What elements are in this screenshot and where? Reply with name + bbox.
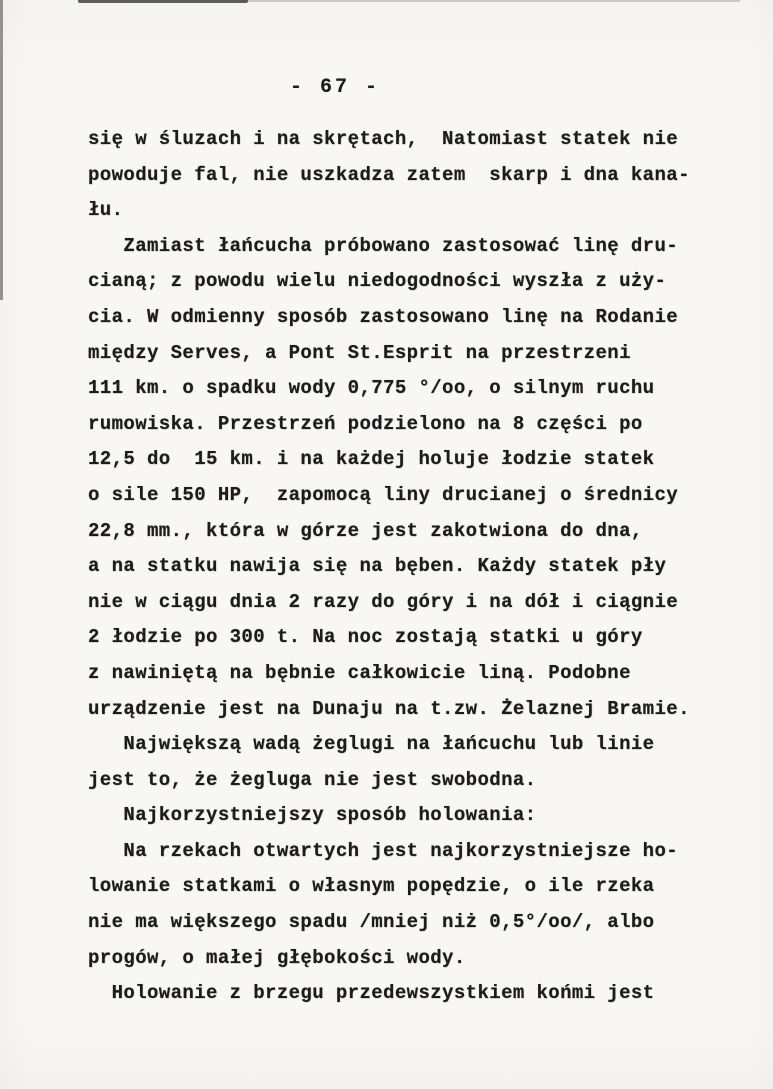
text-line: 22,8 mm., która w górze jest zakotwiona … [88, 514, 708, 550]
text-line: urządzenie jest na Dunaju na t.zw. Żelaz… [88, 692, 708, 728]
text-line: Na rzekach otwartych jest najkorzystniej… [88, 834, 708, 870]
scanned-page: - 67 - się w śluzach i na skrętach, Nato… [0, 0, 773, 1089]
text-line: progów, o małej głębokości wody. [88, 941, 708, 977]
page-text-block: się w śluzach i na skrętach, Natomiast s… [88, 122, 708, 1012]
text-line: cia. W odmienny sposób zastosowano linę … [88, 300, 708, 336]
text-line: lowanie statkami o własnym popędzie, o i… [88, 869, 708, 905]
text-line: 12,5 do 15 km. i na każdej holuje łodzie… [88, 442, 708, 478]
text-line: cianą; z powodu wielu niedogodności wysz… [88, 264, 708, 300]
text-line: powoduje fal, nie uszkadza zatem skarp i… [88, 158, 708, 194]
scan-edge-artifact [78, 0, 248, 3]
text-line: między Serves, a Pont St.Esprit na przes… [88, 336, 708, 372]
text-line: o sile 150 HP, zapomocą liny drucianej o… [88, 478, 708, 514]
text-line: Holowanie z brzegu przedewszystkiem końm… [88, 976, 708, 1012]
text-line: rumowiska. Przestrzeń podzielono na 8 cz… [88, 407, 708, 443]
text-line: jest to, że żegluga nie jest swobodna. [88, 763, 708, 799]
text-line: łu. [88, 193, 708, 229]
page-number: - 67 - [290, 76, 380, 99]
text-line: Najkorzystniejszy sposób holowania: [88, 798, 708, 834]
scan-edge-artifact [0, 0, 3, 300]
text-line: 2 łodzie po 300 t. Na noc zostają statki… [88, 620, 708, 656]
text-line: a na statku nawija się na bęben. Każdy s… [88, 549, 708, 585]
text-line: się w śluzach i na skrętach, Natomiast s… [88, 122, 708, 158]
text-line: z nawiniętą na bębnie całkowicie liną. P… [88, 656, 708, 692]
text-line: Największą wadą żeglugi na łańcuchu lub … [88, 727, 708, 763]
scan-edge-artifact [240, 0, 740, 2]
text-line: 111 km. o spadku wody 0,775 °/oo, o siln… [88, 371, 708, 407]
text-line: Zamiast łańcucha próbowano zastosować li… [88, 229, 708, 265]
text-line: nie w ciągu dnia 2 razy do góry i na dół… [88, 585, 708, 621]
text-line: nie ma większego spadu /mniej niż 0,5°/o… [88, 905, 708, 941]
